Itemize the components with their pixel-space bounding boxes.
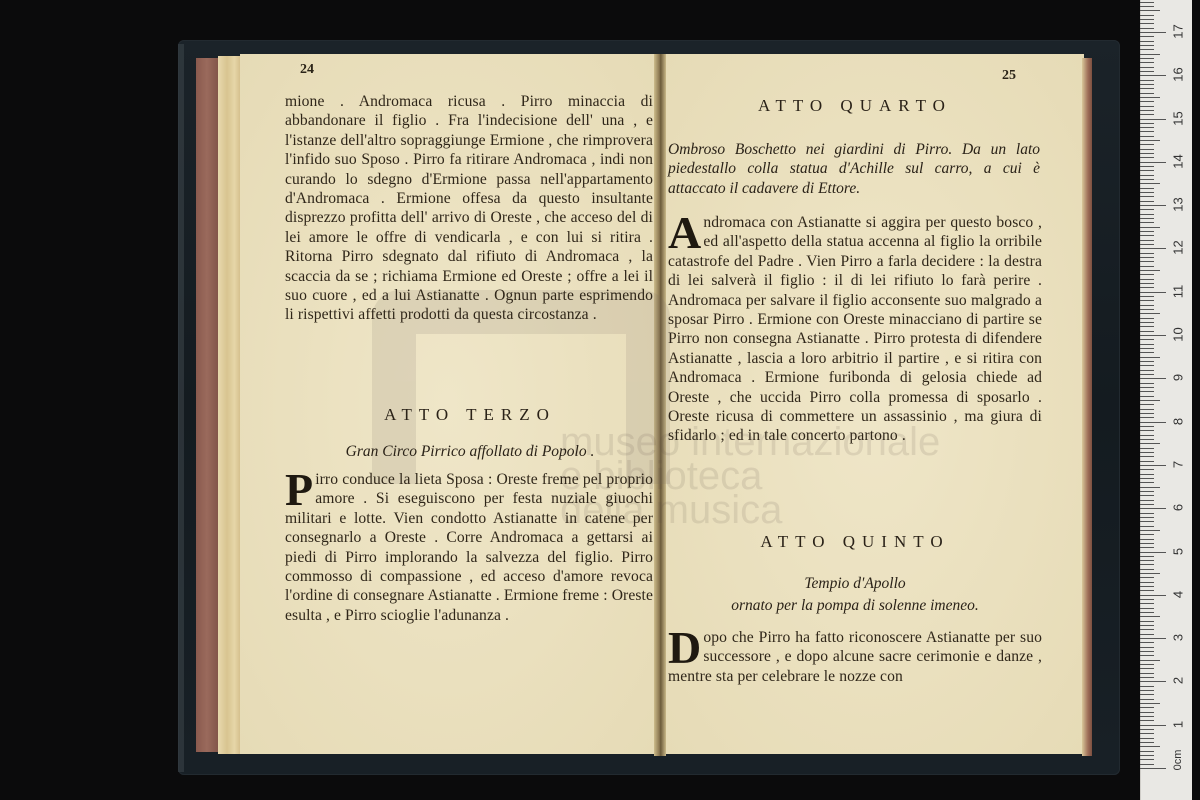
ruler-tick: [1140, 608, 1154, 609]
ruler-tick: [1140, 690, 1154, 691]
ruler-tick: [1140, 729, 1154, 730]
ruler-tick: [1140, 603, 1154, 604]
ruler-tick: [1140, 240, 1154, 241]
ruler-tick: [1140, 482, 1154, 483]
ruler-tick: [1140, 543, 1154, 544]
ruler-tick: [1140, 755, 1154, 756]
ruler-tick: [1140, 426, 1154, 427]
ruler-tick: [1140, 452, 1154, 453]
act-title-terzo: ATTO TERZO: [290, 405, 650, 425]
ruler-tick: [1140, 742, 1154, 743]
ruler-tick: [1140, 352, 1154, 353]
ruler-tick: [1140, 231, 1154, 232]
ruler-tick: [1140, 49, 1154, 50]
book-gutter: [654, 54, 666, 756]
page-edge-red-left: [196, 58, 218, 752]
ruler-tick: [1140, 374, 1154, 375]
ruler-label: 7: [1171, 453, 1186, 475]
ruler-tick: [1140, 326, 1154, 327]
ruler-tick: [1140, 504, 1154, 505]
ruler-tick: [1140, 209, 1154, 210]
ruler-tick: [1140, 707, 1154, 708]
ruler-tick: [1140, 439, 1154, 440]
right-paragraph-2: D opo che Pirro ha fatto riconoscere Ast…: [668, 628, 1042, 686]
ruler-tick: [1140, 149, 1154, 150]
ruler-tick: [1140, 517, 1154, 518]
ruler-tick: [1140, 634, 1154, 635]
ruler-tick: [1140, 668, 1154, 669]
ruler-tick: [1140, 716, 1154, 717]
page-number-left: 24: [300, 62, 314, 78]
ruler-tick: [1140, 513, 1154, 514]
ruler-tick: [1140, 629, 1154, 630]
ruler-tick: [1140, 422, 1166, 423]
ruler-label: 3: [1171, 627, 1186, 649]
ruler-tick: [1140, 409, 1154, 410]
dropcap-letter: D: [668, 630, 701, 666]
ruler-tick: [1140, 45, 1154, 46]
ruler-tick: [1140, 681, 1166, 682]
act-title-quinto: ATTO QUINTO: [690, 532, 1020, 552]
ruler-tick: [1140, 188, 1154, 189]
ruler-tick: [1140, 28, 1154, 29]
ruler-tick: [1140, 261, 1154, 262]
ruler-label: 5: [1171, 540, 1186, 562]
paragraph-text: ndromaca con Astianatte si aggira per qu…: [668, 213, 1042, 446]
ruler-tick: [1140, 582, 1154, 583]
paragraph-text: opo che Pirro ha fatto riconoscere Astia…: [668, 628, 1042, 686]
ruler-tick: [1140, 257, 1154, 258]
ruler-tick: [1140, 647, 1154, 648]
ruler-tick: [1140, 720, 1154, 721]
ruler-tick: [1140, 335, 1166, 336]
ruler-tick: [1140, 114, 1154, 115]
paragraph-text: mione . Andromaca ricusa . Pirro minacci…: [285, 92, 653, 325]
ruler-tick: [1140, 339, 1154, 340]
ruler-tick: [1140, 131, 1154, 132]
ruler-tick: [1140, 80, 1154, 81]
ruler-tick: [1140, 287, 1154, 288]
ruler-tick: [1140, 590, 1154, 591]
ruler-label: 11: [1171, 280, 1186, 302]
ruler-tick: [1140, 2, 1154, 3]
paragraph-text: irro conduce la lieta Sposa : Oreste fre…: [285, 470, 653, 625]
ruler-tick: [1140, 625, 1154, 626]
ruler-tick: [1140, 539, 1154, 540]
ruler-tick: [1140, 495, 1154, 496]
ruler-tick: [1140, 595, 1166, 596]
ruler-tick: [1140, 41, 1154, 42]
ruler-tick: [1140, 222, 1154, 223]
ruler-tick: [1140, 205, 1166, 206]
ruler-tick: [1140, 746, 1160, 747]
ruler-tick: [1140, 417, 1154, 418]
ruler-tick: [1140, 235, 1154, 236]
ruler-tick: [1140, 552, 1166, 553]
ruler-tick: [1140, 660, 1160, 661]
ruler-tick: [1140, 430, 1154, 431]
ruler-tick: [1140, 214, 1154, 215]
ruler-tick: [1140, 331, 1154, 332]
ruler-tick: [1140, 136, 1154, 137]
ruler-tick: [1140, 140, 1160, 141]
ruler-label: 0cm: [1172, 740, 1184, 780]
left-paragraph-1: mione . Andromaca ricusa . Pirro minacci…: [285, 92, 653, 325]
ruler-tick: [1140, 569, 1154, 570]
ruler-tick: [1140, 322, 1154, 323]
ruler-tick: [1140, 201, 1154, 202]
ruler-tick: [1140, 6, 1154, 7]
ruler-tick: [1140, 75, 1166, 76]
ruler-tick: [1140, 664, 1154, 665]
ruler-tick: [1140, 435, 1154, 436]
ruler-tick: [1140, 586, 1154, 587]
ruler-tick: [1140, 521, 1154, 522]
ruler-label: 17: [1171, 20, 1186, 42]
ruler-tick: [1140, 526, 1154, 527]
ruler-tick: [1140, 67, 1154, 68]
ruler-tick: [1140, 162, 1166, 163]
ruler-tick: [1140, 396, 1154, 397]
ruler-tick: [1140, 270, 1160, 271]
ruler-tick: [1140, 456, 1154, 457]
ruler-label: 12: [1171, 237, 1186, 259]
ruler-tick: [1140, 413, 1154, 414]
ruler-tick: [1140, 253, 1154, 254]
ruler-label: 13: [1171, 194, 1186, 216]
ruler-tick: [1140, 106, 1154, 107]
ruler-tick: [1140, 183, 1160, 184]
ruler-tick: [1140, 344, 1154, 345]
ruler-tick: [1140, 313, 1160, 314]
ruler-tick: [1140, 357, 1160, 358]
ruler-tick: [1140, 179, 1154, 180]
ruler-label: 15: [1171, 107, 1186, 129]
page-edge-right: [1082, 58, 1092, 756]
ruler-tick: [1140, 283, 1154, 284]
ruler-tick: [1140, 764, 1154, 765]
ruler-tick: [1140, 244, 1154, 245]
cover-edge: [178, 44, 184, 772]
ruler-tick: [1140, 733, 1154, 734]
ruler-tick: [1140, 361, 1154, 362]
ruler-tick: [1140, 196, 1154, 197]
ruler-tick: [1140, 612, 1154, 613]
ruler-tick: [1140, 677, 1154, 678]
scene-description-terzo: Gran Circo Pirrico affollato di Popolo .: [300, 442, 640, 461]
ruler-tick: [1140, 218, 1154, 219]
ruler-tick: [1140, 84, 1154, 85]
ruler-tick: [1140, 227, 1160, 228]
ruler-tick: [1140, 166, 1154, 167]
dropcap-letter: P: [285, 472, 313, 508]
ruler-tick: [1140, 157, 1154, 158]
ruler-tick: [1140, 370, 1154, 371]
ruler-tick: [1140, 534, 1154, 535]
right-paragraph-1: A ndromaca con Astianatte si aggira per …: [668, 213, 1042, 446]
ruler-tick: [1140, 144, 1154, 145]
ruler-tick: [1140, 616, 1160, 617]
ruler-tick: [1140, 266, 1154, 267]
ruler-tick: [1140, 88, 1154, 89]
ruler-tick: [1140, 556, 1154, 557]
scene-description-quinto-line-1: Tempio d'Apollo: [668, 574, 1042, 593]
ruler-tick: [1140, 655, 1154, 656]
ruler-tick: [1140, 573, 1160, 574]
ruler-tick: [1140, 560, 1154, 561]
ruler-label: 8: [1171, 410, 1186, 432]
ruler-tick: [1140, 564, 1154, 565]
ruler-tick: [1140, 621, 1154, 622]
ruler-tick: [1140, 305, 1154, 306]
ruler-tick: [1140, 292, 1166, 293]
ruler-label: 14: [1171, 150, 1186, 172]
ruler-label: 2: [1171, 670, 1186, 692]
ruler-tick: [1140, 547, 1154, 548]
ruler-tick: [1140, 119, 1166, 120]
measurement-ruler: 0cm1234567891011121314151617: [1140, 0, 1192, 800]
ruler-tick: [1140, 642, 1154, 643]
ruler-tick: [1140, 300, 1154, 301]
ruler-tick: [1140, 443, 1160, 444]
ruler-tick: [1140, 461, 1154, 462]
ruler-tick: [1140, 759, 1154, 760]
ruler-tick: [1140, 487, 1160, 488]
ruler-label: 6: [1171, 497, 1186, 519]
scene-description-quarto: Ombroso Boschetto nei giardini di Pirro.…: [668, 140, 1040, 198]
ruler-tick: [1140, 348, 1154, 349]
ruler-tick: [1140, 651, 1154, 652]
ruler-tick: [1140, 638, 1166, 639]
scene-description-quinto-line-2: ornato per la pompa di solenne imeneo.: [668, 596, 1042, 615]
ruler-tick: [1140, 274, 1154, 275]
ruler-tick: [1140, 36, 1154, 37]
ruler-tick: [1140, 599, 1154, 600]
ruler-tick: [1140, 192, 1154, 193]
ruler-tick: [1140, 110, 1154, 111]
ruler-tick: [1140, 400, 1160, 401]
ruler-tick: [1140, 508, 1166, 509]
ruler-tick: [1140, 474, 1154, 475]
ruler-tick: [1140, 768, 1166, 769]
ruler-tick: [1140, 751, 1154, 752]
ruler-tick: [1140, 404, 1154, 405]
ruler-tick: [1140, 318, 1154, 319]
ruler-tick: [1140, 93, 1154, 94]
page-number-right: 25: [1002, 68, 1016, 84]
act-title-quarto: ATTO QUARTO: [690, 96, 1020, 116]
ruler-tick: [1140, 469, 1154, 470]
ruler-label: 16: [1171, 64, 1186, 86]
ruler-tick: [1140, 101, 1154, 102]
ruler-tick: [1140, 391, 1154, 392]
ruler-tick: [1140, 673, 1154, 674]
ruler-tick: [1140, 58, 1154, 59]
ruler-tick: [1140, 15, 1154, 16]
ruler-tick: [1140, 703, 1160, 704]
ruler-tick: [1140, 296, 1154, 297]
ruler-tick: [1140, 712, 1154, 713]
ruler-tick: [1140, 738, 1154, 739]
dropcap-letter: A: [668, 215, 701, 251]
ruler-tick: [1140, 365, 1154, 366]
ruler-tick: [1140, 378, 1166, 379]
left-paragraph-2: P irro conduce la lieta Sposa : Oreste f…: [285, 470, 653, 625]
ruler-tick: [1140, 62, 1154, 63]
ruler-tick: [1140, 97, 1160, 98]
ruler-tick: [1140, 448, 1154, 449]
ruler-tick: [1140, 54, 1160, 55]
ruler-tick: [1140, 383, 1154, 384]
ruler-tick: [1140, 248, 1166, 249]
ruler-tick: [1140, 123, 1154, 124]
ruler-tick: [1140, 23, 1154, 24]
ruler-tick: [1140, 686, 1154, 687]
ruler-tick: [1140, 465, 1166, 466]
ruler-tick: [1140, 279, 1154, 280]
ruler-tick: [1140, 530, 1160, 531]
ruler-tick: [1140, 175, 1154, 176]
ruler-tick: [1140, 309, 1154, 310]
ruler-tick: [1140, 725, 1166, 726]
ruler-tick: [1140, 699, 1154, 700]
ruler-label: 4: [1171, 583, 1186, 605]
ruler-tick: [1140, 19, 1154, 20]
ruler-tick: [1140, 71, 1154, 72]
ruler-tick: [1140, 127, 1154, 128]
ruler-tick: [1140, 387, 1154, 388]
ruler-tick: [1140, 32, 1166, 33]
ruler-tick: [1140, 10, 1160, 11]
ruler-label: 1: [1171, 713, 1186, 735]
ruler-tick: [1140, 500, 1154, 501]
ruler-tick: [1140, 478, 1154, 479]
ruler-tick: [1140, 577, 1154, 578]
ruler-label: 9: [1171, 367, 1186, 389]
ruler-tick: [1140, 170, 1154, 171]
ruler-tick: [1140, 491, 1154, 492]
ruler-tick: [1140, 694, 1154, 695]
ruler-label: 10: [1171, 324, 1186, 346]
ruler-tick: [1140, 153, 1154, 154]
